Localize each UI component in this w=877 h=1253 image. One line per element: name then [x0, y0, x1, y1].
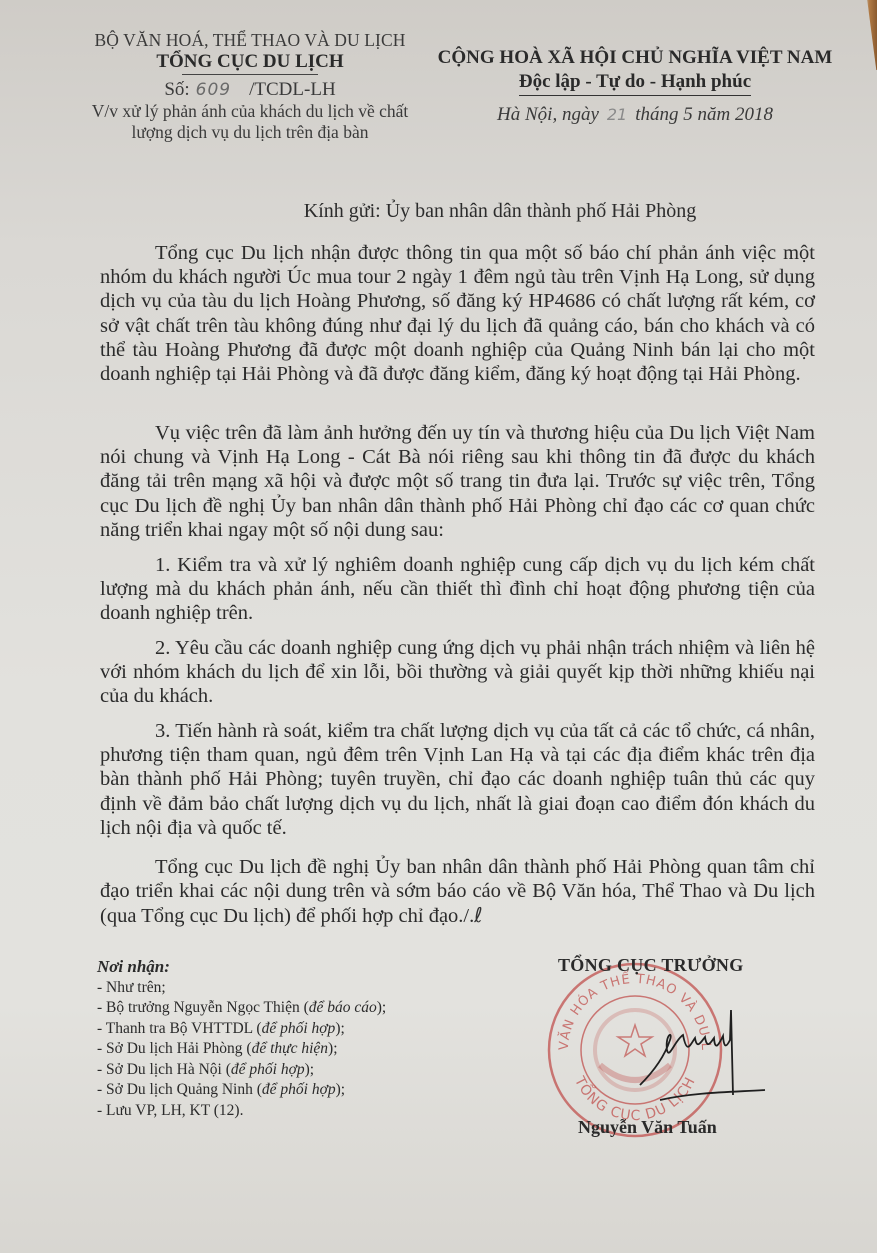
body-item-1: 1. Kiểm tra và xử lý nghiêm doanh nghiệp…	[100, 553, 815, 626]
salutation: Kính gửi: Ủy ban nhân dân thành phố Hải …	[150, 200, 850, 223]
header-right: CỘNG HOÀ XÃ HỘI CHỦ NGHĨA VIỆT NAM Độc l…	[415, 47, 855, 126]
signer-name: Nguyễn Văn Tuấn	[578, 1117, 717, 1138]
signer-title: TỔNG CỤC TRƯỞNG	[558, 955, 744, 976]
date-prefix: Hà Nội, ngày	[497, 104, 599, 125]
body-item-2: 2. Yêu cầu các doanh nghiệp cung ứng dịc…	[100, 636, 815, 709]
number-suffix: /TCDL-LH	[249, 79, 336, 100]
paragraph-text: 2. Yêu cầu các doanh nghiệp cung ứng dịc…	[100, 636, 815, 709]
recipient-item: - Sở Du lịch Hải Phòng (để thực hiện);	[97, 1039, 386, 1060]
paragraph-text: 3. Tiến hành rà soát, kiểm tra chất lượn…	[100, 719, 815, 840]
subject: V/v xử lý phản ánh của khách du lịch về …	[60, 101, 440, 143]
initial-mark: ℓ	[474, 903, 482, 927]
nation-title: CỘNG HOÀ XÃ HỘI CHỦ NGHĨA VIỆT NAM	[415, 47, 855, 69]
body-paragraph-1: Tổng cục Du lịch nhận được thông tin qua…	[100, 241, 815, 386]
header-left: BỘ VĂN HOÁ, THỂ THAO VÀ DU LỊCH TỔNG CỤC…	[60, 30, 440, 143]
paragraph-text: Vụ việc trên đã làm ảnh hưởng đến uy tín…	[100, 421, 815, 542]
date-day-handwritten: 21	[607, 105, 627, 124]
recipient-item: - Như trên;	[97, 978, 386, 999]
paragraph-text: Tổng cục Du lịch đề nghị Ủy ban nhân dân…	[100, 856, 815, 927]
paragraph-text: Tổng cục Du lịch nhận được thông tin qua…	[100, 241, 815, 386]
document-date: Hà Nội, ngày21tháng 5 năm 2018	[415, 104, 855, 126]
department-underline	[182, 74, 318, 75]
handwritten-signature-icon	[635, 1000, 775, 1110]
date-suffix: tháng 5 năm 2018	[635, 104, 773, 125]
body-item-3: 3. Tiến hành rà soát, kiểm tra chất lượn…	[100, 719, 815, 840]
recipient-item: - Lưu VP, LH, KT (12).	[97, 1101, 386, 1122]
ministry-name: BỘ VĂN HOÁ, THỂ THAO VÀ DU LỊCH	[60, 30, 440, 51]
number-label: Số:	[164, 79, 189, 100]
recipient-item: - Bộ trưởng Nguyễn Ngọc Thiện (để báo cá…	[97, 998, 386, 1019]
department-name: TỔNG CỤC DU LỊCH	[60, 51, 440, 73]
subject-line-1: V/v xử lý phản ánh của khách du lịch về …	[60, 101, 440, 122]
national-motto: Độc lập - Tự do - Hạnh phúc	[519, 71, 751, 96]
paragraph-text: 1. Kiểm tra và xử lý nghiêm doanh nghiệp…	[100, 553, 815, 626]
body-closing-paragraph: Tổng cục Du lịch đề nghị Ủy ban nhân dân…	[100, 855, 815, 929]
recipient-item: - Sở Du lịch Hà Nội (để phối hợp);	[97, 1060, 386, 1081]
recipient-list: - Như trên;- Bộ trưởng Nguyễn Ngọc Thiện…	[97, 978, 386, 1122]
body-paragraph-2: Vụ việc trên đã làm ảnh hưởng đến uy tín…	[100, 421, 815, 542]
number-handwritten: 609	[196, 80, 231, 100]
recipient-item: - Thanh tra Bộ VHTTDL (để phối hợp);	[97, 1019, 386, 1040]
recipients-title: Nơi nhận:	[97, 957, 386, 978]
recipients-block: Nơi nhận: - Như trên;- Bộ trưởng Nguyễn …	[97, 957, 386, 1121]
subject-line-2: lượng dịch vụ du lịch trên địa bàn	[60, 122, 440, 143]
recipient-item: - Sở Du lịch Quảng Ninh (để phối hợp);	[97, 1080, 386, 1101]
desk-edge	[863, 0, 877, 70]
document-number: Số:609/TCDL-LH	[60, 79, 440, 101]
